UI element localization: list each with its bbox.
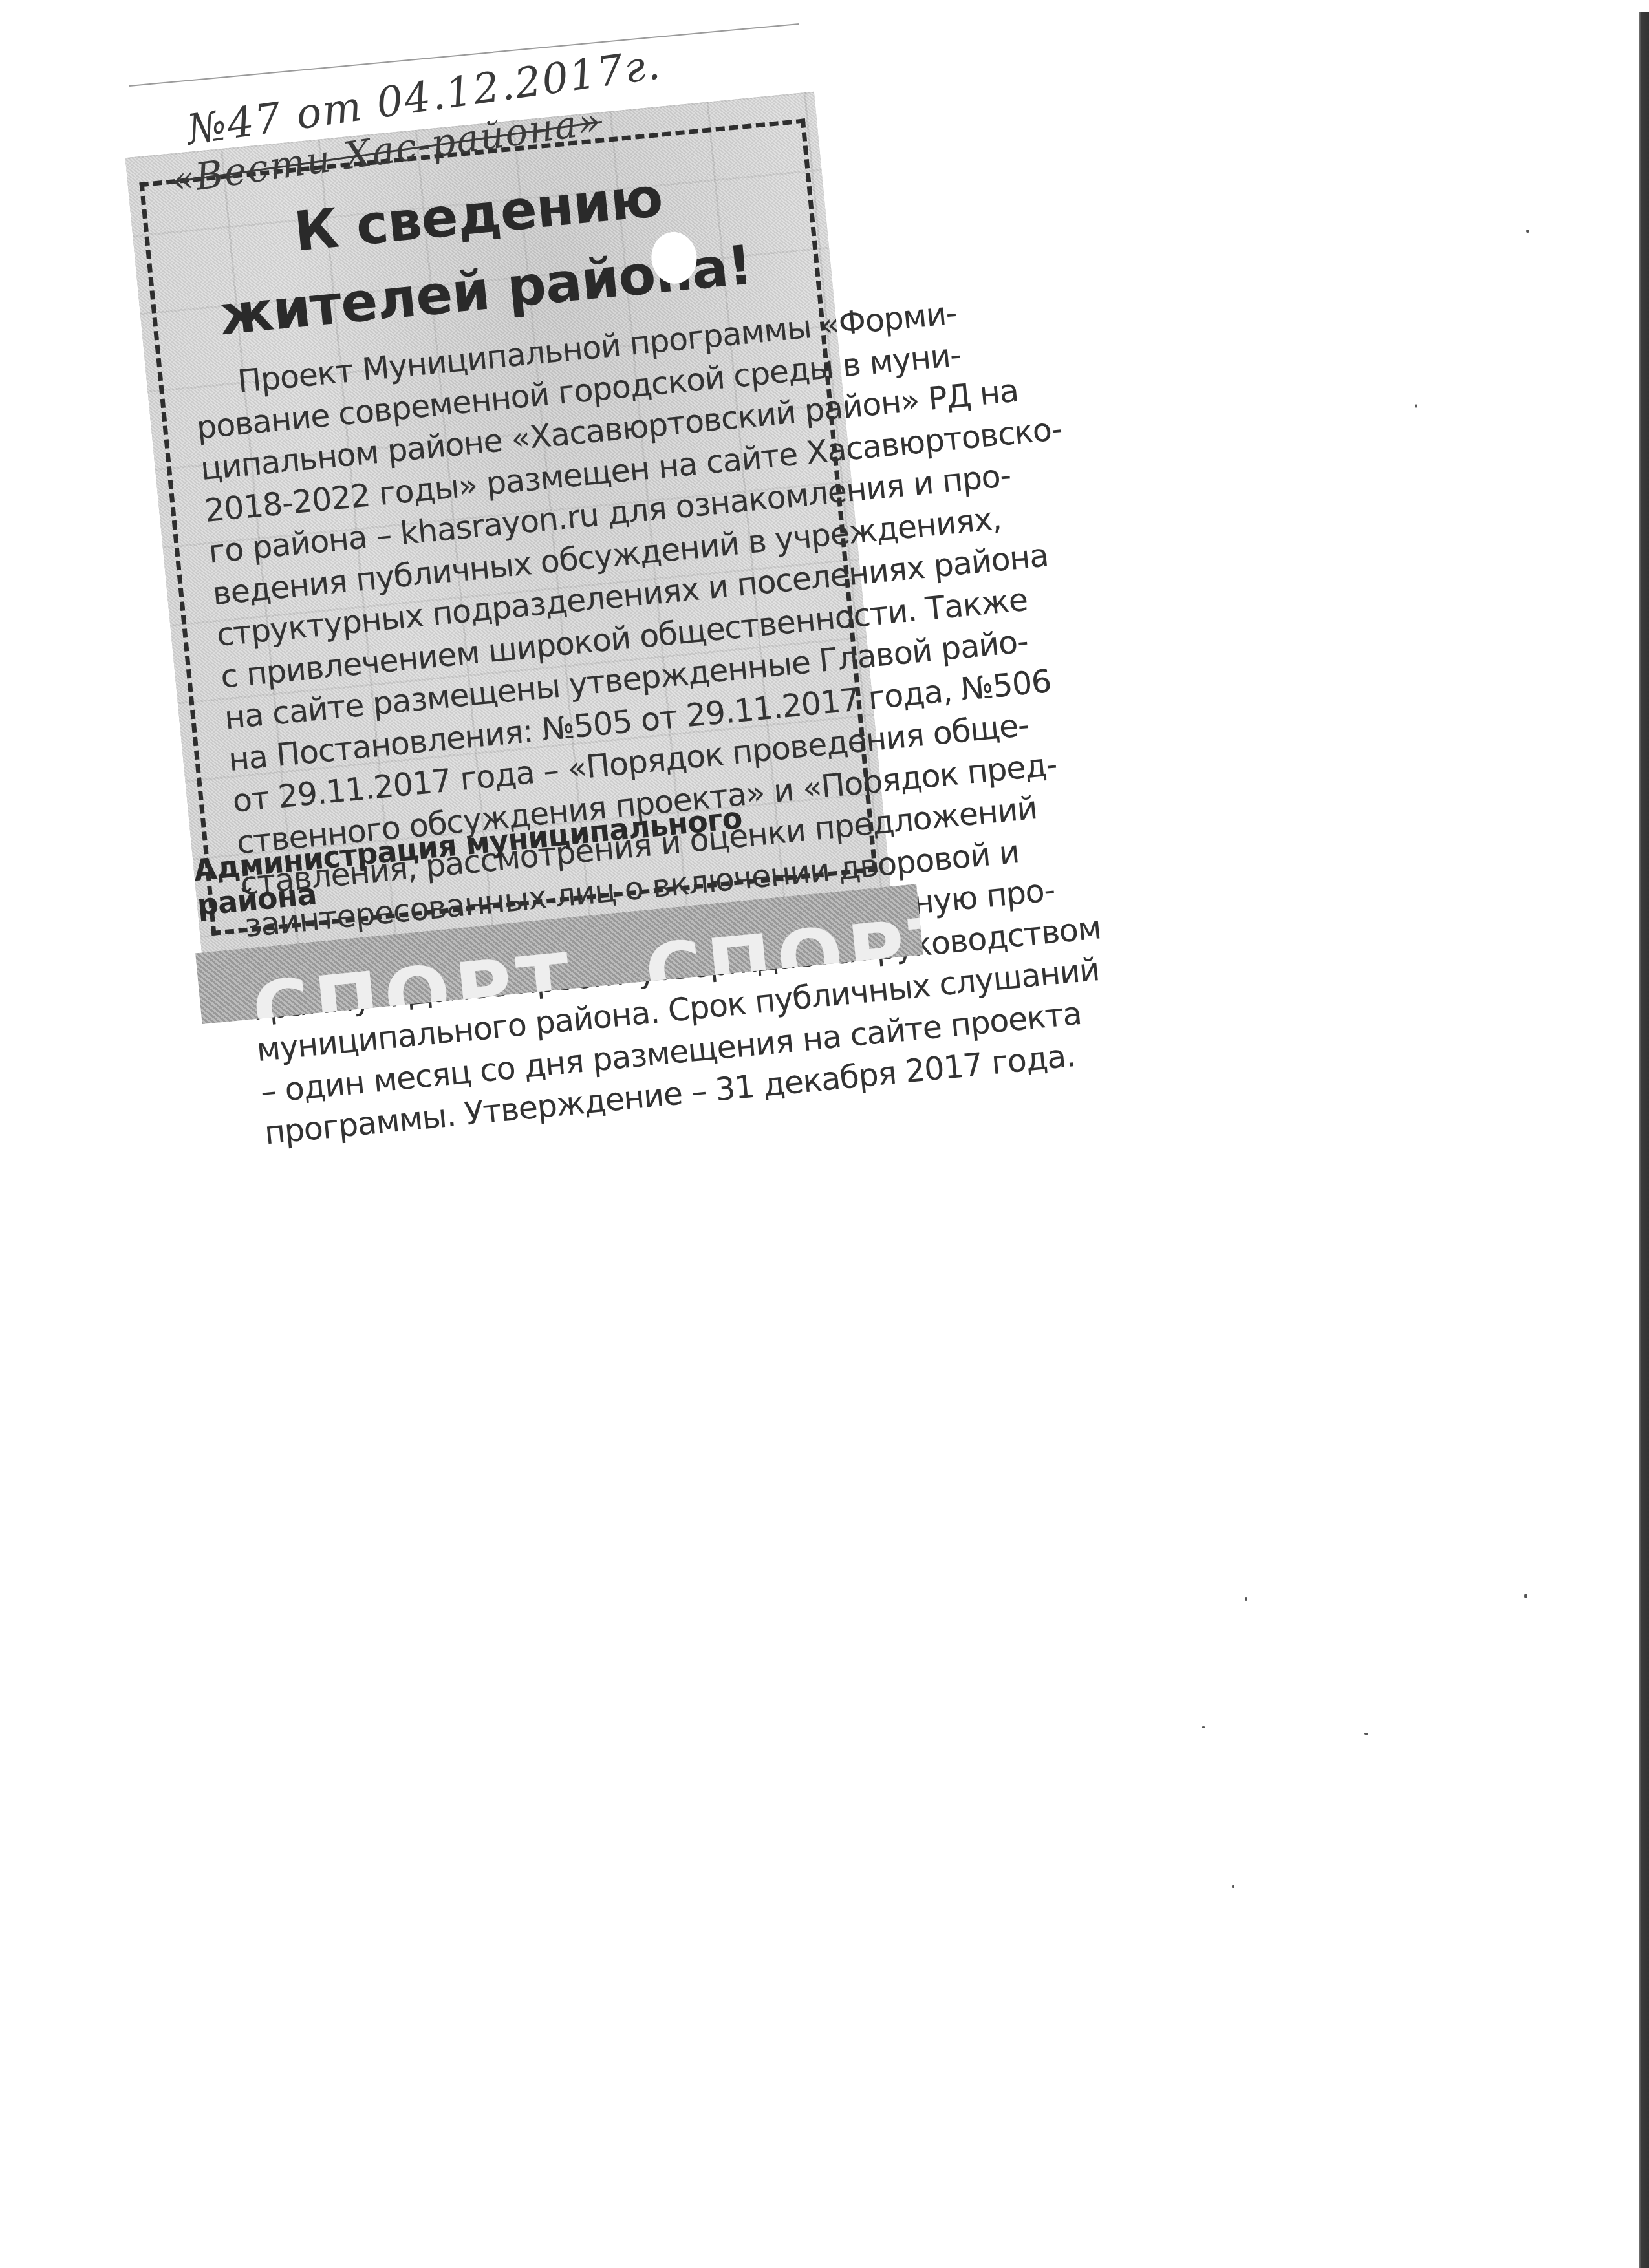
scan-speck: [1415, 404, 1417, 408]
newspaper-clipping: К сведению жителей района! Проект Муници…: [125, 92, 897, 1014]
scan-speck: [1524, 1594, 1527, 1598]
scan-speck: [1364, 1733, 1368, 1735]
scan-speck: [1232, 1885, 1234, 1888]
scan-speck: [1202, 1726, 1205, 1728]
scan-speck: [1245, 1597, 1247, 1601]
scan-edge-shadow: [1639, 12, 1649, 2268]
article-body: Проект Муниципальной программы «Форми- р…: [191, 308, 865, 1155]
scan-speck: [1526, 230, 1529, 233]
